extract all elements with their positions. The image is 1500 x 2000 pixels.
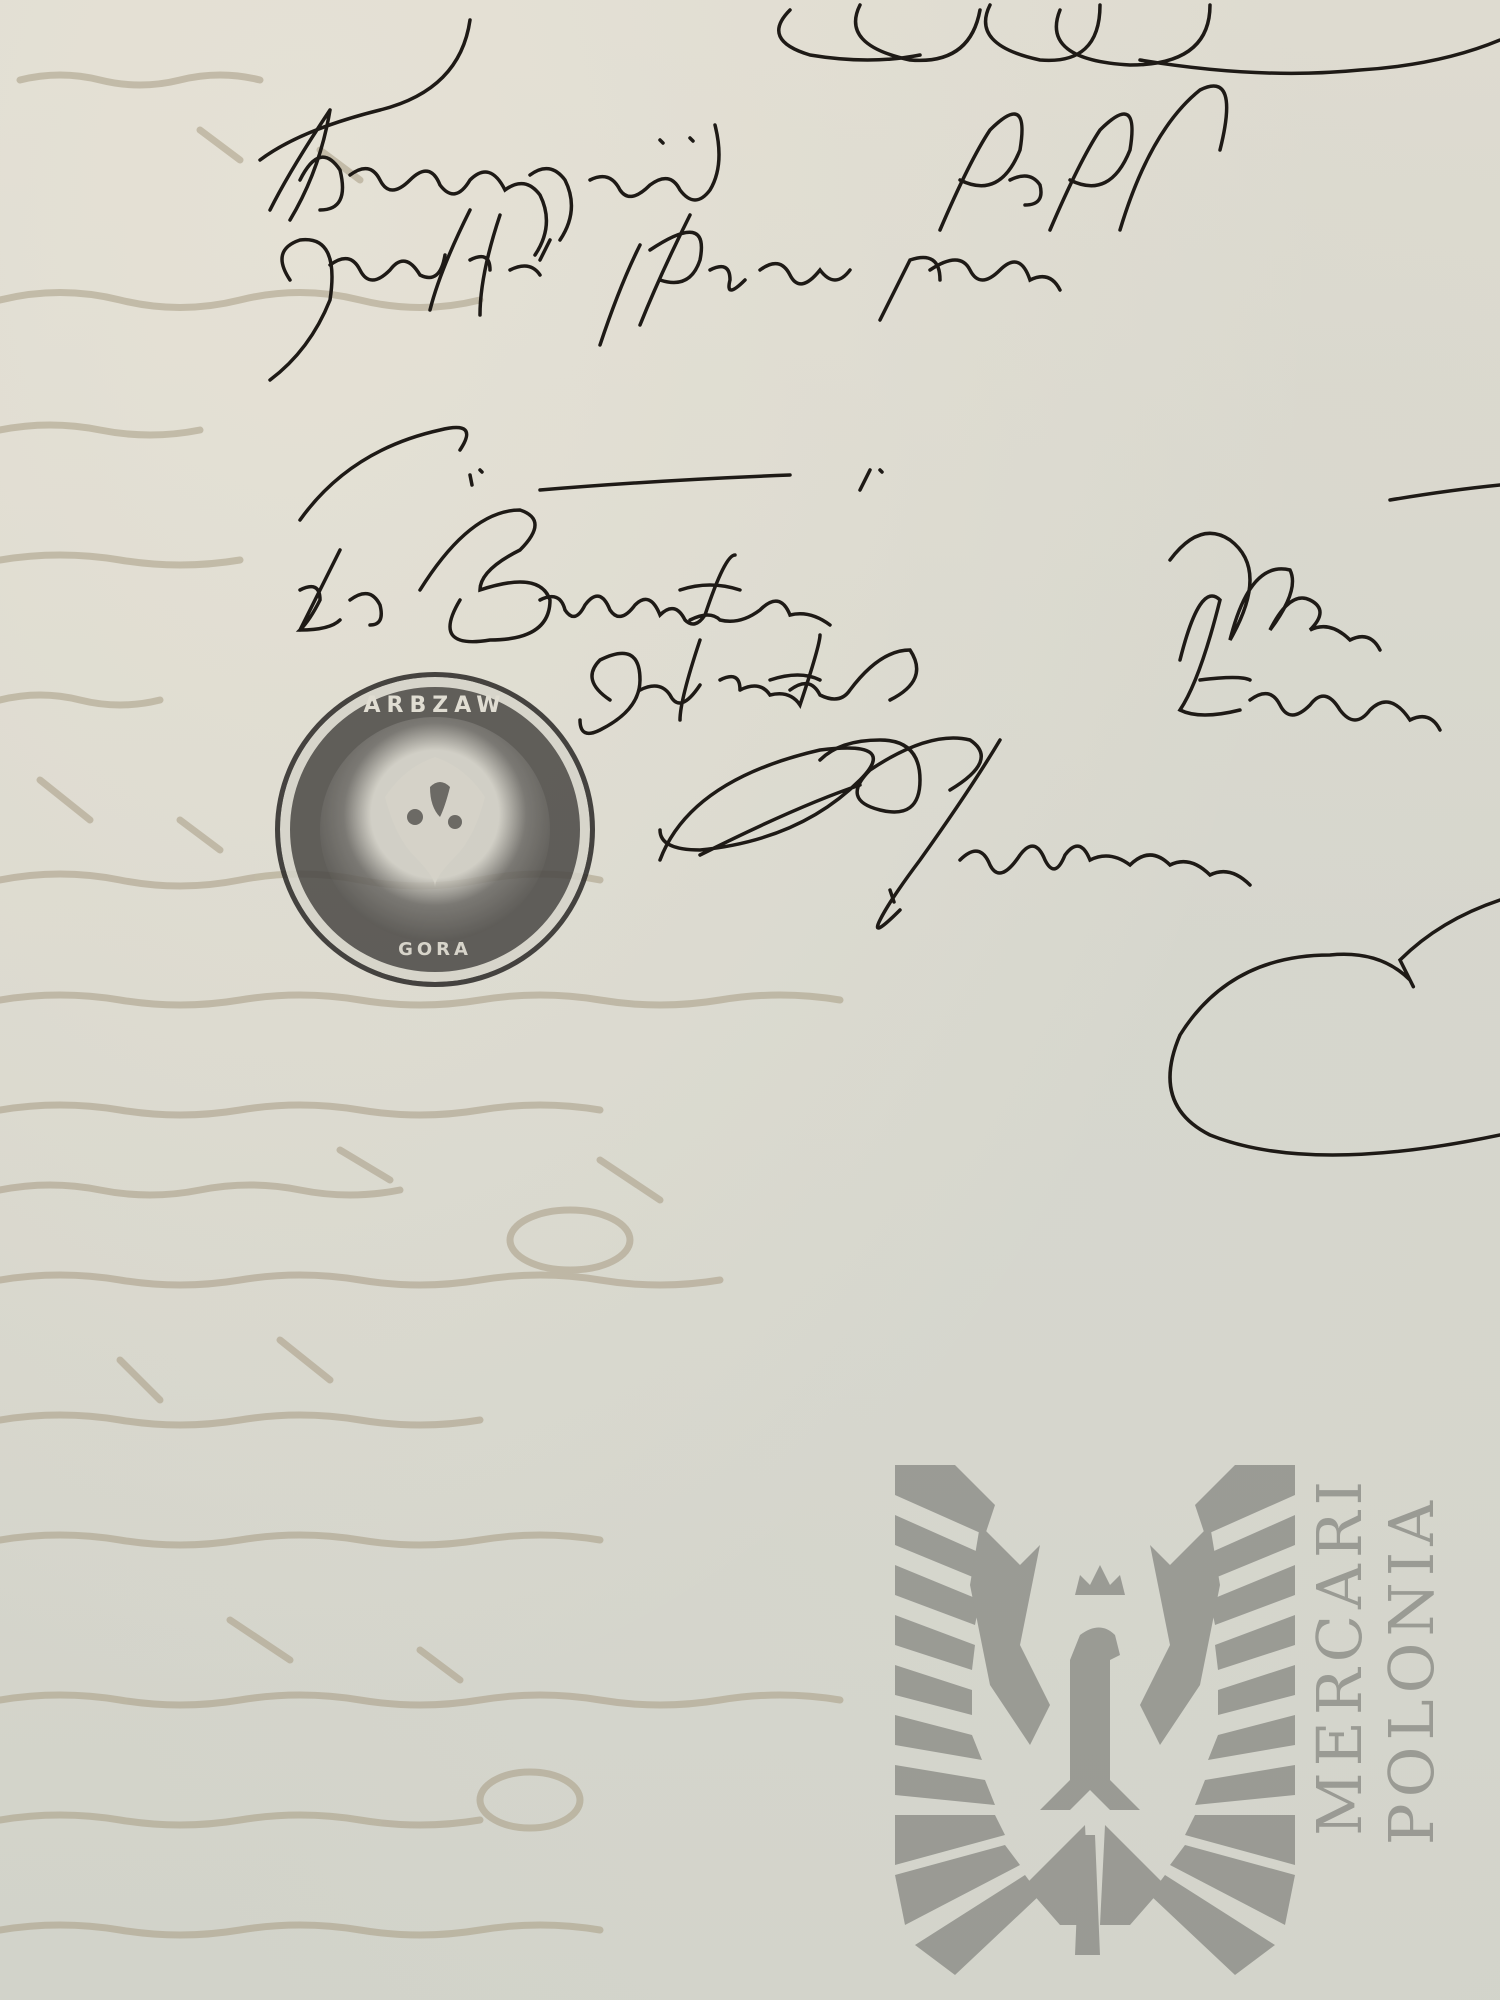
watermark-text-polonia: POLONIA	[1375, 1495, 1448, 1845]
seal-bottom-text: GORA	[280, 939, 590, 960]
official-seal-stamp: ARBZAW GORA	[275, 672, 595, 987]
watermark-text-mercari: MERCARI	[1303, 1475, 1376, 1836]
crowned-eagle-icon	[895, 1455, 1295, 2000]
eagle-icon	[375, 747, 495, 897]
mercari-polonia-watermark: MERCARI POLONIA	[895, 1455, 1495, 2000]
seal-top-text: ARBZAW	[280, 693, 590, 718]
